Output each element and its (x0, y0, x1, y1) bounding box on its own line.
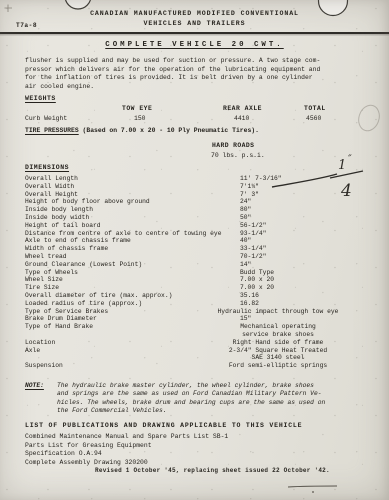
dimension-label: Tire Size (25, 284, 59, 292)
publication-item: Specification O.A.94 (25, 450, 228, 459)
dimension-row: Axle 2-3/4" Square Heat Treated SAE 3140… (25, 347, 371, 355)
org-header-line2: VEHICLES AND TRAILERS (0, 19, 389, 29)
tire-pressures-detail: (Based on 7.00 x 20 - 10 Ply Pneumatic T… (79, 127, 259, 134)
intro-paragraph: flusher is supplied and may be used for … (25, 57, 343, 91)
note-text: The hydraulic brake master cylinder, the… (57, 382, 347, 415)
dimension-label: Axle to end of chassis frame (25, 237, 131, 245)
dimension-label: Overall Width (25, 183, 74, 191)
dimension-row: Wheel Size 7.00 x 20 (25, 276, 371, 284)
punch-hole-left (65, 0, 91, 9)
dimension-value: Mechanical operating service brake shoes (183, 323, 373, 339)
dimension-label: Overall Height (25, 191, 78, 199)
bottom-stray-dot (312, 491, 314, 493)
dimension-label: Width of chassis frame (25, 245, 108, 253)
dimension-value: 11' 7-3/16" (240, 175, 282, 183)
dimension-value: 14" (240, 261, 251, 269)
dimension-label: Type of Service Brakes (25, 308, 108, 316)
dimension-label: Height of body floor above ground (25, 198, 150, 206)
dimension-value: 70-1/2" (240, 253, 266, 261)
dimension-row: Axle to end of chassis frame 40" (25, 237, 371, 245)
curb-weight-total: 4560 (306, 115, 321, 122)
dimension-value: 35.16 (240, 292, 259, 300)
dimension-value: 7'1¼" (240, 183, 259, 191)
tire-pressure-value: 70 lbs. p.s.i. (211, 152, 265, 159)
dimension-value: 80" (240, 206, 251, 214)
dimension-row: Wheel tread 70-1/2" (25, 253, 371, 261)
dimension-value: 40" (240, 237, 251, 245)
dimension-row: Overall diameter of tire (max. approx.) … (25, 292, 371, 300)
handwritten-inch-mark: ″ (348, 154, 352, 165)
dimension-label: Wheel Size (25, 276, 63, 284)
dimension-value: Hydraulic impact through tow eye (183, 308, 373, 316)
dimension-row: Inside body length 80" (25, 206, 371, 214)
dimension-label: Height of tail board (25, 222, 101, 230)
dimension-label: Brake Drum Diameter (25, 315, 97, 323)
weights-column-rear-axle: REAR AXLE (223, 105, 262, 112)
publications-list: Combined Maintenance Manual and Spare Pa… (25, 433, 228, 467)
revision-line: Revised 1 October '45, replacing sheet i… (95, 467, 330, 474)
dimension-value: 56-1/2" (240, 222, 266, 230)
dimension-value: 93-1/4" (240, 230, 266, 238)
header-rule (0, 32, 389, 34)
dimension-row: Loaded radius of tire (approx.) 16.82 (25, 300, 371, 308)
publications-heading: LIST OF PUBLICATIONS AND DRAWING APPLICA… (25, 422, 302, 429)
dimension-value: 7.00 x 20 (240, 284, 274, 292)
dimension-label: Suspension (25, 362, 63, 370)
dimension-row: Type of Hand Brake Mechanical operating … (25, 323, 371, 331)
hard-roads-label: HARD ROADS (212, 142, 254, 149)
publication-item: Parts List for Greasing Equipment (25, 442, 228, 451)
dimension-label: Loaded radius of tire (approx.) (25, 300, 142, 308)
dimension-label: Ground Clearance (Lowest Point) (25, 261, 142, 269)
dimension-label: Wheel tread (25, 253, 67, 261)
dimension-row: Inside body width 50" (25, 214, 371, 222)
dimension-label: Location (25, 339, 55, 347)
dimension-value: Ford semi-elliptic springs (183, 362, 373, 370)
publication-item: Combined Maintenance Manual and Spare Pa… (25, 433, 228, 442)
dimension-row: Suspension Ford semi-elliptic springs (25, 362, 371, 370)
dimension-row: Overall Height 7' 3" (25, 191, 371, 199)
dimension-label: Distance from centre of axle to centre o… (25, 230, 222, 238)
dimension-row: Ground Clearance (Lowest Point) 14" (25, 261, 371, 269)
dimension-row: Overall Width 7'1¼" (25, 183, 371, 191)
note-block: NOTE: The hydraulic brake master cylinde… (25, 382, 347, 415)
dimension-value: 50" (240, 214, 251, 222)
dimension-value: 7.00 x 20 (240, 276, 274, 284)
dimension-row: Type of Wheels Budd Type (25, 269, 371, 277)
dimension-label: Type of Wheels (25, 269, 78, 277)
handwritten-fraction-numerator: 1 (338, 158, 346, 173)
dimension-row: Brake Drum Diameter 15" (25, 315, 371, 323)
scanned-document-page: T7a-8 CANADIAN MANUFACTURED MODIFIED CON… (0, 0, 389, 500)
dimension-value: Budd Type (240, 269, 274, 277)
dimension-label: Inside body width (25, 214, 89, 222)
weights-column-tow-eye: TOW EYE (122, 105, 152, 112)
dimension-value: 15" (240, 315, 251, 323)
dimension-label: Inside body length (25, 206, 93, 214)
dimension-value: 2-3/4" Square Heat Treated SAE 3140 stee… (183, 347, 373, 363)
page-title: COMPLETE VEHICLE 20 CWT. (0, 41, 389, 49)
dimension-row: Overall Length 11' 7-3/16" (25, 175, 371, 183)
dimension-value: 16.82 (240, 300, 259, 308)
dimension-row: Type of Service Brakes Hydraulic impact … (25, 308, 371, 316)
curb-weight-tow-eye: 150 (134, 115, 146, 122)
pencil-circle-mark (355, 103, 382, 134)
dimension-value: 24" (240, 198, 251, 206)
weights-column-total: TOTAL (304, 105, 326, 112)
dimension-row: Tire Size 7.00 x 20 (25, 284, 371, 292)
dimension-label: Type of Hand Brake (25, 323, 93, 331)
org-header-line1: CANADIAN MANUFACTURED MODIFIED CONVENTIO… (0, 9, 389, 19)
dimensions-table: Overall Length 11' 7-3/16" Overall Width… (25, 175, 371, 370)
org-header: CANADIAN MANUFACTURED MODIFIED CONVENTIO… (0, 9, 389, 29)
tire-pressures-heading: TIRE PRESSURES (25, 127, 79, 134)
dimension-row: Height of tail board 56-1/2" (25, 222, 371, 230)
dimension-row: Location Right Hand side of frame (25, 339, 371, 347)
dimension-value: 7' 3" (240, 191, 259, 199)
dimension-label: Overall diameter of tire (max. approx.) (25, 292, 172, 300)
dimension-label: Axle (25, 347, 40, 355)
dimension-row: Distance from centre of axle to centre o… (25, 230, 371, 238)
bottom-stray-line (288, 486, 337, 487)
dimension-value: 33-1/4" (240, 245, 266, 253)
weights-heading: WEIGHTS (25, 95, 56, 102)
dimension-label: Overall Length (25, 175, 78, 183)
dimensions-heading: DIMENSIONS (25, 164, 69, 171)
tire-pressures-line: TIRE PRESSURES (Based on 7.00 x 20 - 10 … (25, 127, 259, 134)
dimension-row: Height of body floor above ground 24" (25, 198, 371, 206)
dimension-value: Right Hand side of frame (183, 339, 373, 347)
dimension-row: Width of chassis frame 33-1/4" (25, 245, 371, 253)
curb-weight-rear-axle: 4410 (234, 115, 249, 122)
note-label: NOTE: (25, 382, 44, 390)
curb-weight-label: Curb Weight (25, 115, 67, 122)
